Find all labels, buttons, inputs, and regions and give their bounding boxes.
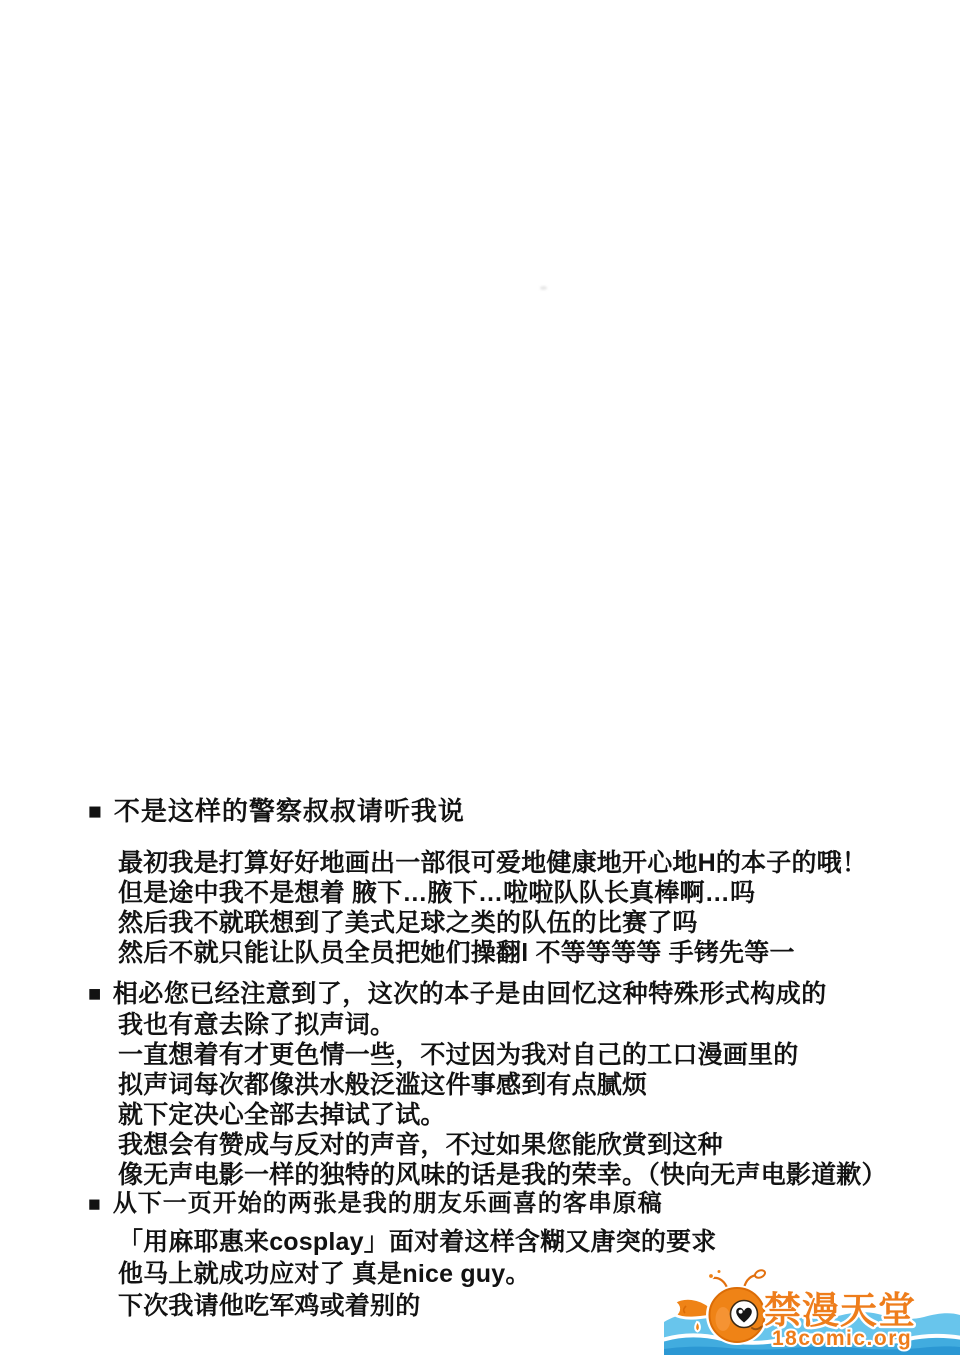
paragraph-line: 然后不就只能让队员全员把她们操翻l 不等等等等 手铐先等一: [118, 938, 867, 968]
paragraph-line: 他马上就成功应对了 真是nice guy。: [118, 1258, 717, 1290]
paragraph-line: 拟声词每次都像洪水般泛滥这件事感到有点腻烦: [118, 1070, 887, 1100]
paragraph-line: 但是途中我不是想着 腋下…腋下…啦啦队队长真棒啊…吗: [118, 878, 867, 908]
comic-page: ■ 不是这样的警察叔叔请听我说 最初我是打算好好地画出一部很可爱地健康地开心地H…: [0, 0, 960, 1355]
paragraph-line: 我也有意去除了拟声词。: [118, 1010, 887, 1040]
bullet-square-icon: ■: [88, 1194, 102, 1215]
paragraph-line: 然后我不就联想到了美式足球之类的队伍的比赛了吗: [118, 908, 867, 938]
section-heading-text: 从下一页开始的两张是我的朋友乐画喜的客串原稿: [113, 1191, 663, 1218]
bullet-square-icon: ■: [88, 983, 102, 1005]
watermark-graphic: 禁漫天堂 18comic.org: [664, 1266, 960, 1355]
paragraph-line: 下次我请他吃军鸡或着别的: [118, 1290, 717, 1322]
site-name: 禁漫天堂: [764, 1290, 916, 1331]
afterword-paragraph-3: 「用麻耶惠来cosplay」面对着这样含糊又唐突的要求 他马上就成功应对了 真是…: [118, 1226, 717, 1322]
bullet-square-icon: ■: [88, 800, 103, 823]
section-heading-text: 不是这样的警察叔叔请听我说: [114, 797, 465, 826]
scan-speck: [540, 286, 547, 290]
section-heading-text: 相必您已经注意到了，这次的本子是由回忆这种特殊形式构成的: [113, 980, 827, 1008]
site-url: 18comic.org: [772, 1327, 912, 1350]
section-heading-3: ■ 从下一页开始的两张是我的朋友乐画喜的客串原稿: [88, 1191, 663, 1218]
paragraph-line: 一直想着有才更色情一些，不过因为我对自己的工口漫画里的: [118, 1040, 887, 1070]
afterword-paragraph-1: 最初我是打算好好地画出一部很可爱地健康地开心地H的本子的哦！ 但是途中我不是想着…: [118, 848, 867, 968]
section-heading-1: ■ 不是这样的警察叔叔请听我说: [88, 797, 465, 826]
paragraph-line: 就下定决心全部去掉试了试。: [118, 1100, 887, 1130]
afterword-paragraph-2: 我也有意去除了拟声词。 一直想着有才更色情一些，不过因为我对自己的工口漫画里的 …: [118, 1010, 887, 1190]
paragraph-line: 像无声电影一样的独特的风味的话是我的荣幸。（快向无声电影道歉）: [118, 1160, 887, 1190]
watermark: 禁漫天堂 18comic.org: [664, 1266, 960, 1355]
paragraph-line: 「用麻耶惠来cosplay」面对着这样含糊又唐突的要求: [118, 1226, 717, 1258]
paragraph-line: 我想会有赞成与反对的声音，不过如果您能欣赏到这种: [118, 1130, 887, 1160]
paragraph-line: 最初我是打算好好地画出一部很可爱地健康地开心地H的本子的哦！: [118, 848, 867, 878]
section-heading-2: ■ 相必您已经注意到了，这次的本子是由回忆这种特殊形式构成的: [88, 980, 827, 1008]
